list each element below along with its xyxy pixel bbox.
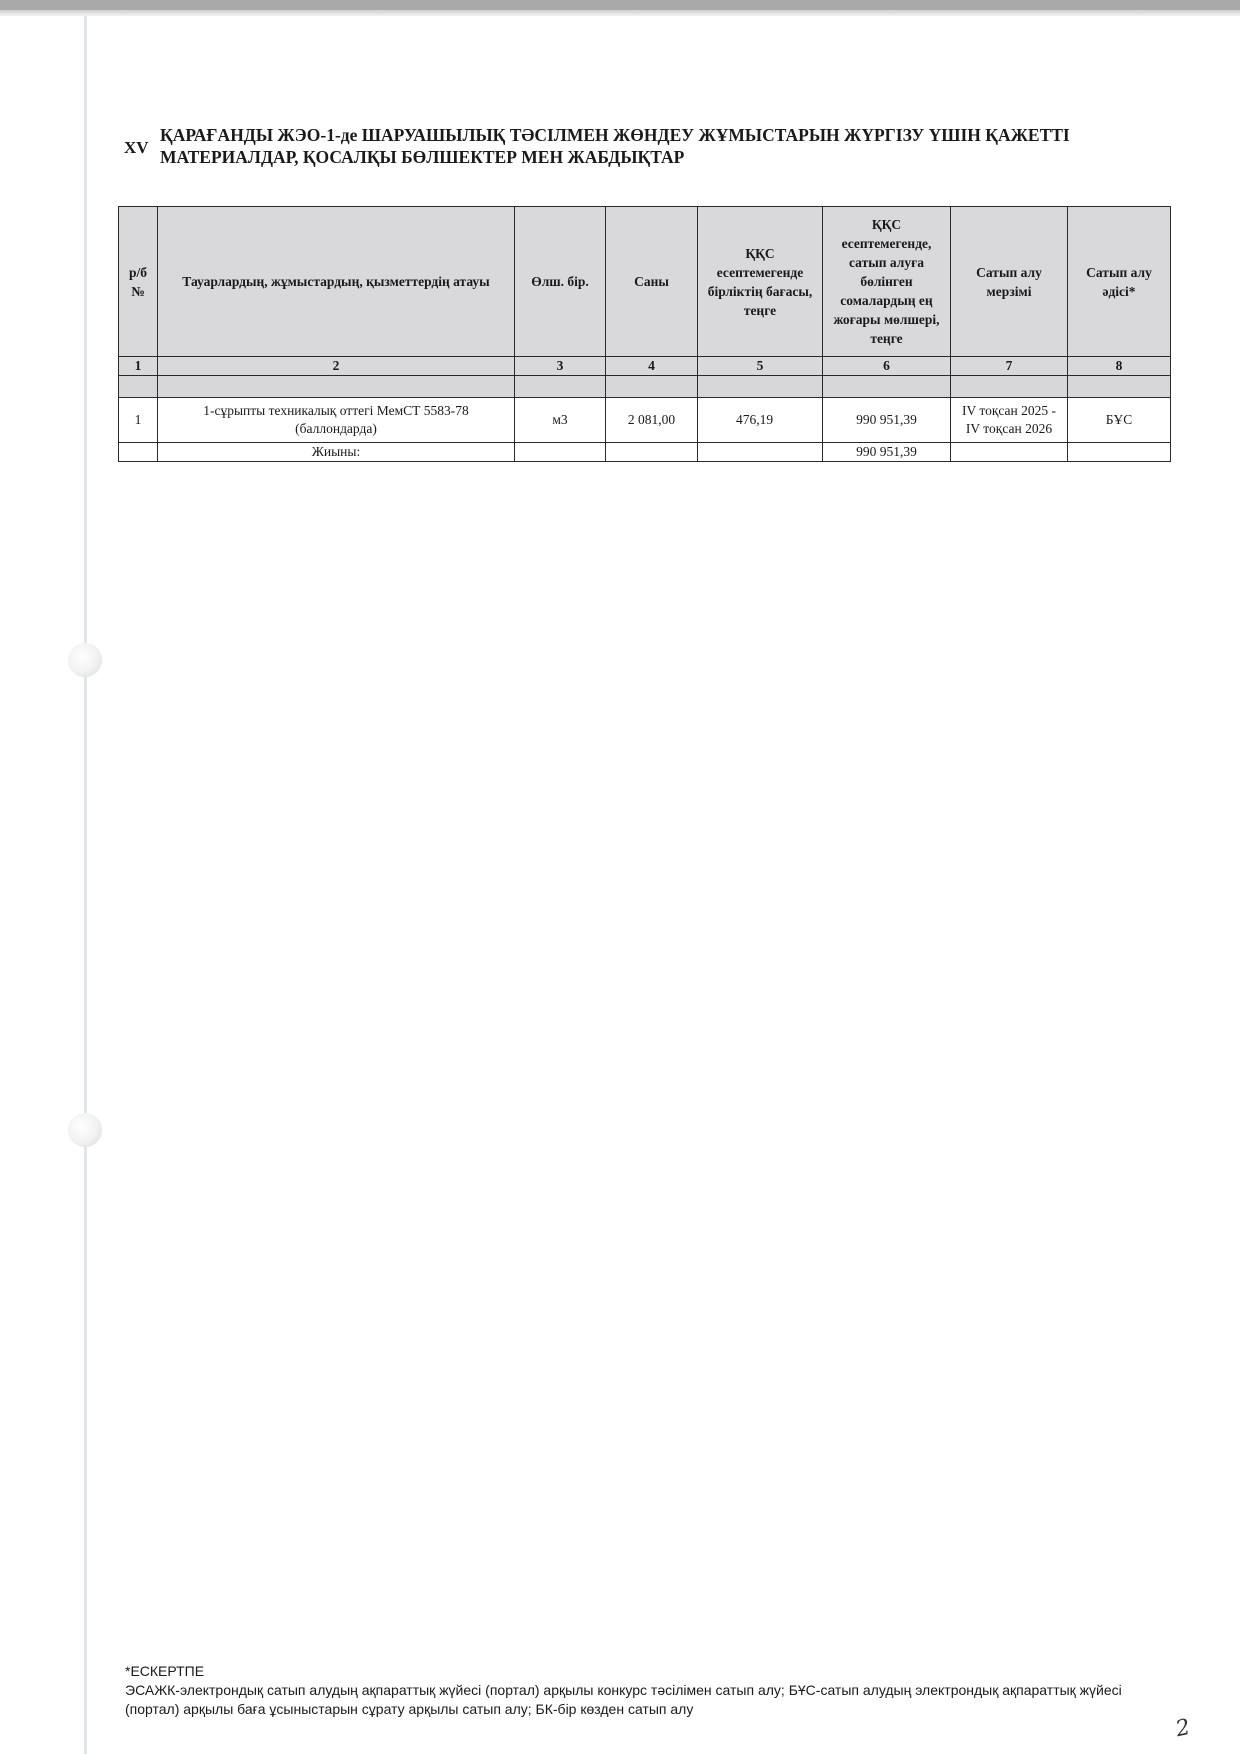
punch-hole-icon — [68, 643, 102, 677]
header-cell: Өлш. бір. — [515, 207, 606, 357]
column-number: 5 — [698, 357, 823, 376]
header-cell: Саны — [606, 207, 698, 357]
header-cell: Тауарлардың, жұмыстардың, қызметтердің а… — [158, 207, 515, 357]
total-label: Жиыны: — [158, 443, 515, 462]
column-number-row: 1 2 3 4 5 6 7 8 — [119, 357, 1171, 376]
header-cell: ҚҚС есептемегенде бірліктің бағасы, теңг… — [698, 207, 823, 357]
item-period: IV тоқсан 2025 - IV тоқсан 2026 — [951, 398, 1068, 443]
item-method: БҰС — [1068, 398, 1171, 443]
column-number: 1 — [119, 357, 158, 376]
total-amount: 990 951,39 — [823, 443, 951, 462]
table-row: 1 1-сұрыпты техникалық оттегі МемСТ 5583… — [119, 398, 1171, 443]
section-number: XV — [124, 138, 149, 158]
header-cell: Сатып алу әдісі* — [1068, 207, 1171, 357]
column-number: 7 — [951, 357, 1068, 376]
table-header-row: р/б № Тауарлардың, жұмыстардың, қызметте… — [119, 207, 1171, 357]
item-unit-price: 476,19 — [698, 398, 823, 443]
item-name: 1-сұрыпты техникалық оттегі МемСТ 5583-7… — [158, 398, 515, 443]
column-number: 2 — [158, 357, 515, 376]
header-cell: ҚҚС есептемегенде, сатып алуға бөлінген … — [823, 207, 951, 357]
empty-shaded-row — [119, 376, 1171, 398]
punch-hole-icon — [68, 1113, 102, 1147]
footnote-heading: *ЕСКЕРТПЕ — [125, 1662, 1175, 1681]
materials-table: р/б № Тауарлардың, жұмыстардың, қызметте… — [118, 206, 1171, 462]
header-cell: р/б № — [119, 207, 158, 357]
footnote-text: ЭСАЖК-электрондық сатып алудың ақпаратты… — [125, 1681, 1175, 1719]
column-number: 8 — [1068, 357, 1171, 376]
item-max-amount: 990 951,39 — [823, 398, 951, 443]
page-title: ҚАРАҒАНДЫ ЖЭО-1-де ШАРУАШЫЛЫҚ ТӘСІЛМЕН Ж… — [160, 124, 1070, 168]
header-cell: Сатып алу мерзімі — [951, 207, 1068, 357]
binder-margin-line — [84, 16, 87, 1754]
row-number: 1 — [119, 398, 158, 443]
scan-top-shadow — [0, 10, 1240, 16]
column-number: 3 — [515, 357, 606, 376]
title-line-1: ҚАРАҒАНДЫ ЖЭО-1-де ШАРУАШЫЛЫҚ ТӘСІЛМЕН Ж… — [160, 124, 1070, 146]
scan-top-edge — [0, 0, 1240, 10]
item-unit: м3 — [515, 398, 606, 443]
total-row: Жиыны: 990 951,39 — [119, 443, 1171, 462]
column-number: 4 — [606, 357, 698, 376]
title-line-2: МАТЕРИАЛДАР, ҚОСАЛҚЫ БӨЛШЕКТЕР МЕН ЖАБДЫ… — [160, 146, 1070, 168]
handwritten-page-number: 2 — [1174, 1715, 1193, 1742]
column-number: 6 — [823, 357, 951, 376]
item-quantity: 2 081,00 — [606, 398, 698, 443]
footnote: *ЕСКЕРТПЕ ЭСАЖК-электрондық сатып алудың… — [125, 1662, 1175, 1719]
